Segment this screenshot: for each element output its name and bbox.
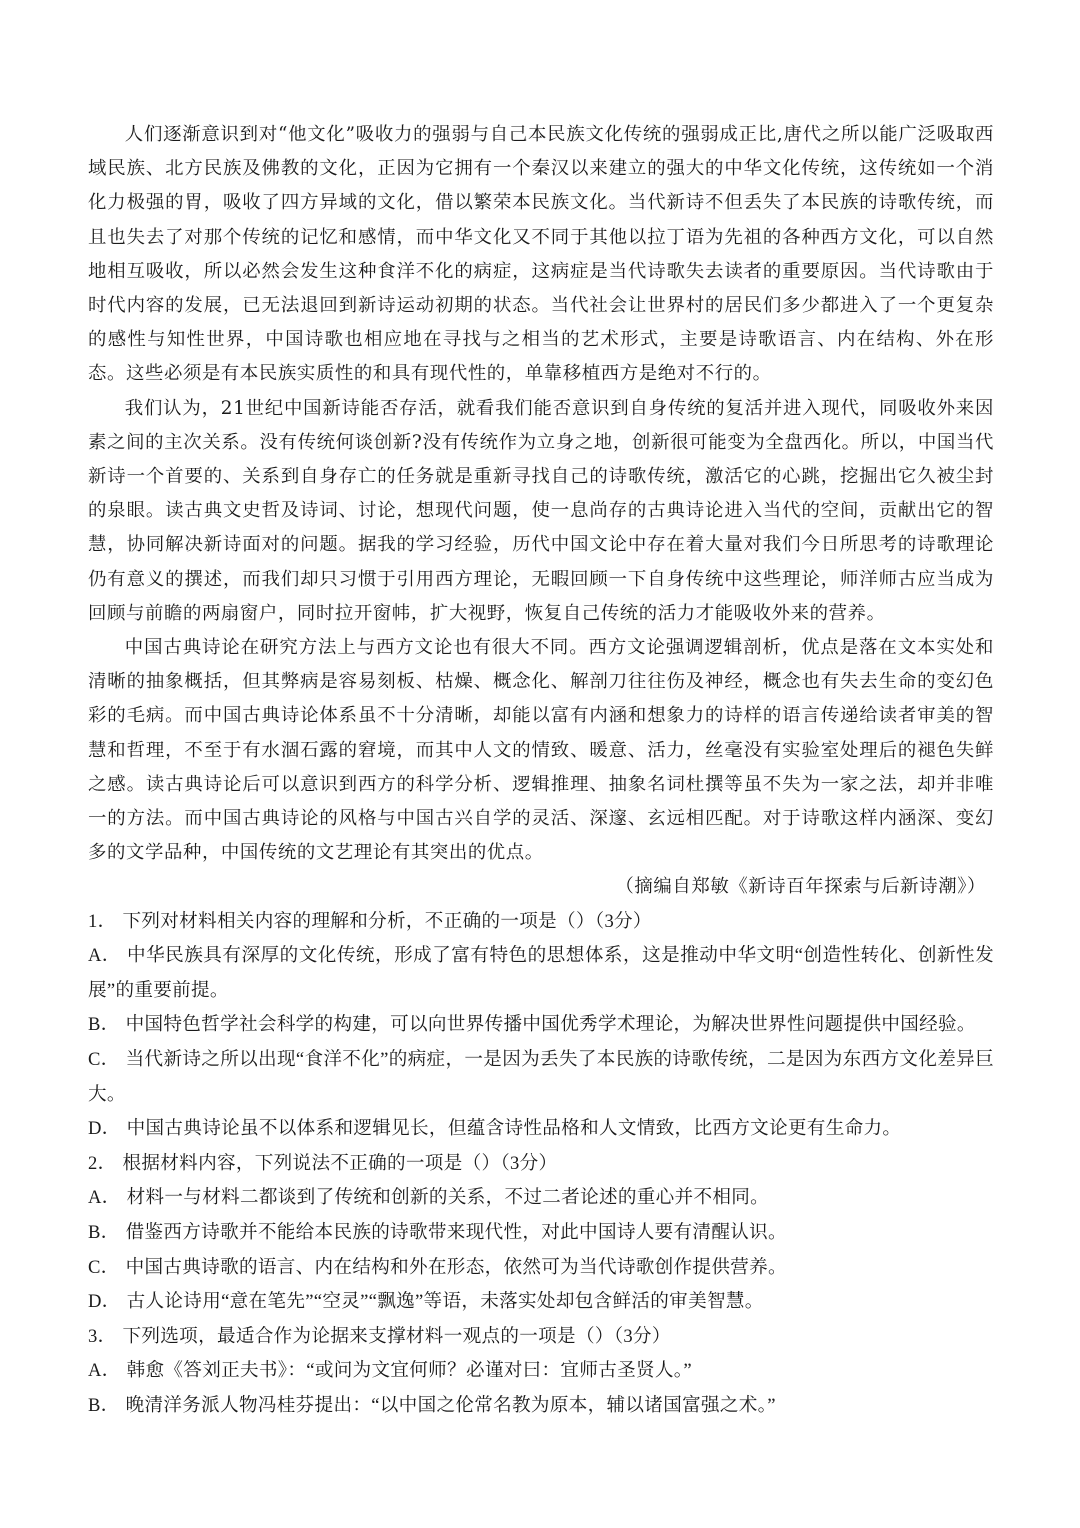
question-stem: 1．下列对材料相关内容的理解和分析，不正确的一项是（）（3分） bbox=[88, 905, 994, 940]
option-c: C．中国古典诗歌的语言、内在结构和外在形态，依然可为当代诗歌创作提供营养。 bbox=[88, 1251, 994, 1286]
option-key: A． bbox=[88, 1360, 121, 1381]
option-d: D．古人论诗用“意在笔先”“空灵”“飘逸”等语，未落实处却包含鲜活的审美智慧。 bbox=[88, 1285, 994, 1320]
option-key: C． bbox=[88, 1257, 120, 1278]
option-b: B．晚清洋务派人物冯桂芬提出：“以中国之伦常名教为原本，辅以诸国富强之术。” bbox=[88, 1389, 994, 1424]
option-key: A． bbox=[88, 1187, 121, 1208]
option-d: D．中国古典诗论虽不以体系和逻辑见长，但蕴含诗性品格和人文情致，比西方文论更有生… bbox=[88, 1112, 994, 1147]
option-key: D． bbox=[88, 1118, 121, 1139]
question-number: 1． bbox=[88, 911, 117, 932]
option-key: C． bbox=[88, 1049, 120, 1070]
option-key: A． bbox=[88, 945, 121, 966]
option-key: B． bbox=[88, 1395, 120, 1416]
option-b: B．中国特色哲学社会科学的构建，可以向世界传播中国优秀学术理论，为解决世界性问题… bbox=[88, 1008, 994, 1043]
passage-source-citation: （摘编自郑敏《新诗百年探索与后新诗潮》） bbox=[88, 870, 994, 904]
option-text: 古人论诗用“意在笔先”“空灵”“飘逸”等语，未落实处却包含鲜活的审美智慧。 bbox=[127, 1291, 764, 1312]
option-text: 晚清洋务派人物冯桂芬提出：“以中国之伦常名教为原本，辅以诸国富强之术。” bbox=[126, 1395, 776, 1416]
option-c: C．当代新诗之所以出现“食洋不化”的病症，一是因为丢失了本民族的诗歌传统，二是因… bbox=[88, 1043, 994, 1112]
question-text: 根据材料内容，下列说法不正确的一项是（）（3分） bbox=[123, 1153, 558, 1174]
option-text: 材料一与材料二都谈到了传统和创新的关系，不过二者论述的重心并不相同。 bbox=[127, 1187, 769, 1208]
option-a: A．韩愈《答刘正夫书》：“或问为文宜何师？必谨对曰：宜师古圣贤人。” bbox=[88, 1354, 994, 1389]
question-text: 下列对材料相关内容的理解和分析，不正确的一项是（）（3分） bbox=[123, 911, 652, 932]
passage-paragraph-1: 人们逐渐意识到对“他文化”吸收力的强弱与自己本民族文化传统的强弱成正比,唐代之所… bbox=[88, 118, 994, 392]
question-3: 3．下列选项，最适合作为论据来支撑材料一观点的一项是（）（3分） A．韩愈《答刘… bbox=[88, 1320, 994, 1424]
question-number: 3． bbox=[88, 1326, 117, 1347]
option-text: 中华民族具有深厚的文化传统，形成了富有特色的思想体系，这是推动中华文明“创造性转… bbox=[88, 945, 994, 1001]
question-text: 下列选项，最适合作为论据来支撑材料一观点的一项是（）（3分） bbox=[123, 1326, 671, 1347]
option-text: 中国古典诗论虽不以体系和逻辑见长，但蕴含诗性品格和人文情致，比西方文论更有生命力… bbox=[127, 1118, 902, 1139]
option-key: B． bbox=[88, 1222, 120, 1243]
option-a: A．中华民族具有深厚的文化传统，形成了富有特色的思想体系，这是推动中华文明“创造… bbox=[88, 939, 994, 1008]
question-stem: 2．根据材料内容，下列说法不正确的一项是（）（3分） bbox=[88, 1147, 994, 1182]
option-text: 韩愈《答刘正夫书》：“或问为文宜何师？必谨对曰：宜师古圣贤人。” bbox=[127, 1360, 692, 1381]
option-text: 中国特色哲学社会科学的构建，可以向世界传播中国优秀学术理论，为解决世界性问题提供… bbox=[126, 1014, 976, 1035]
option-text: 当代新诗之所以出现“食洋不化”的病症，一是因为丢失了本民族的诗歌传统，二是因为东… bbox=[88, 1049, 994, 1105]
question-stem: 3．下列选项，最适合作为论据来支撑材料一观点的一项是（）（3分） bbox=[88, 1320, 994, 1355]
option-text: 借鉴西方诗歌并不能给本民族的诗歌带来现代性，对此中国诗人要有清醒认识。 bbox=[126, 1222, 787, 1243]
option-key: B． bbox=[88, 1014, 120, 1035]
option-b: B．借鉴西方诗歌并不能给本民族的诗歌带来现代性，对此中国诗人要有清醒认识。 bbox=[88, 1216, 994, 1251]
question-number: 2． bbox=[88, 1153, 117, 1174]
passage-paragraph-2: 我们认为，21世纪中国新诗能否存活，就看我们能否意识到自身传统的复活并进入现代，… bbox=[88, 392, 994, 631]
reading-passage: 人们逐渐意识到对“他文化”吸收力的强弱与自己本民族文化传统的强弱成正比,唐代之所… bbox=[88, 118, 994, 905]
option-key: D． bbox=[88, 1291, 121, 1312]
option-text: 中国古典诗歌的语言、内在结构和外在形态，依然可为当代诗歌创作提供营养。 bbox=[126, 1257, 787, 1278]
exam-page: 人们逐渐意识到对“他文化”吸收力的强弱与自己本民族文化传统的强弱成正比,唐代之所… bbox=[88, 118, 994, 1424]
passage-paragraph-3: 中国古典诗论在研究方法上与西方文论也有很大不同。西方文论强调逻辑剖析，优点是落在… bbox=[88, 631, 994, 870]
question-list: 1．下列对材料相关内容的理解和分析，不正确的一项是（）（3分） A．中华民族具有… bbox=[88, 905, 994, 1424]
question-1: 1．下列对材料相关内容的理解和分析，不正确的一项是（）（3分） A．中华民族具有… bbox=[88, 905, 994, 1147]
option-a: A．材料一与材料二都谈到了传统和创新的关系，不过二者论述的重心并不相同。 bbox=[88, 1181, 994, 1216]
question-2: 2．根据材料内容，下列说法不正确的一项是（）（3分） A．材料一与材料二都谈到了… bbox=[88, 1147, 994, 1320]
